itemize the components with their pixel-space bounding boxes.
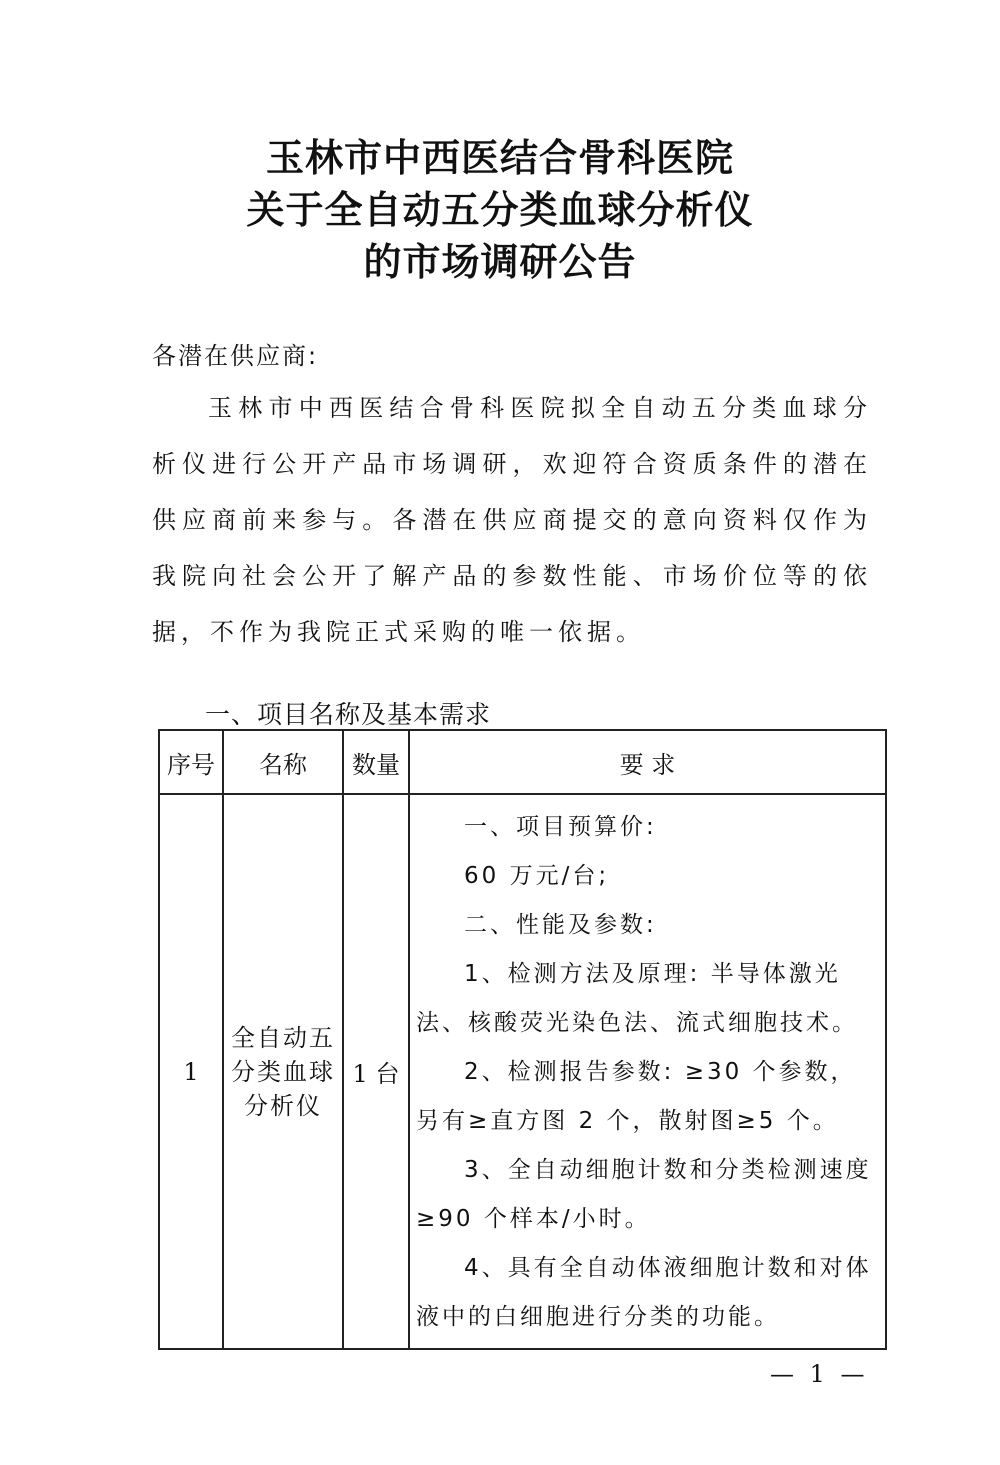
body-paragraph: 玉林市中西医结合骨科医院拟全自动五分类血球分析仪进行公开产品市场调研，欢迎符合资…: [152, 380, 872, 660]
cell-name: 全自动五分类血球分析仪: [223, 794, 343, 1349]
req-line: 2、检测报告参数: ≥30 个参数，另有≥直方图 2 个，散射图≥5 个。: [416, 1048, 879, 1146]
header-requirements: 要 求: [409, 730, 886, 794]
title-line-1: 玉林市中西医结合骨科医院: [0, 132, 1000, 184]
table-row: 1 全自动五分类血球分析仪 1 台 一、项目预算价: 60 万元/台; 二、性能…: [159, 794, 886, 1349]
req-line: 3、全自动细胞计数和分类检测速度≥90 个样本/小时。: [416, 1146, 879, 1244]
requirements-table: 序号 名称 数量 要 求 1 全自动五分类血球分析仪 1 台 一、项目预算价: …: [158, 729, 887, 1350]
section-heading: 一、项目名称及基本需求: [205, 695, 491, 731]
title-line-3: 的市场调研公告: [0, 236, 1000, 288]
cell-no: 1: [159, 794, 223, 1349]
cell-qty: 1 台: [343, 794, 409, 1349]
document-title: 玉林市中西医结合骨科医院 关于全自动五分类血球分析仪 的市场调研公告: [0, 132, 1000, 288]
table-header-row: 序号 名称 数量 要 求: [159, 730, 886, 794]
header-name: 名称: [223, 730, 343, 794]
req-line: 4、具有全自动体液细胞计数和对体液中的白细胞进行分类的功能。: [416, 1244, 879, 1342]
req-line: 60 万元/台;: [416, 852, 879, 901]
req-line: 1、检测方法及原理: 半导体激光法、核酸荧光染色法、流式细胞技术。: [416, 950, 879, 1048]
title-line-2: 关于全自动五分类血球分析仪: [0, 184, 1000, 236]
req-line: 二、性能及参数:: [416, 901, 879, 950]
req-line: 一、项目预算价:: [416, 803, 879, 852]
cell-requirements: 一、项目预算价: 60 万元/台; 二、性能及参数: 1、检测方法及原理: 半导…: [409, 794, 886, 1349]
header-qty: 数量: [343, 730, 409, 794]
header-no: 序号: [159, 730, 223, 794]
salutation: 各潜在供应商:: [152, 336, 872, 376]
page-number: — 1 —: [770, 1360, 869, 1388]
